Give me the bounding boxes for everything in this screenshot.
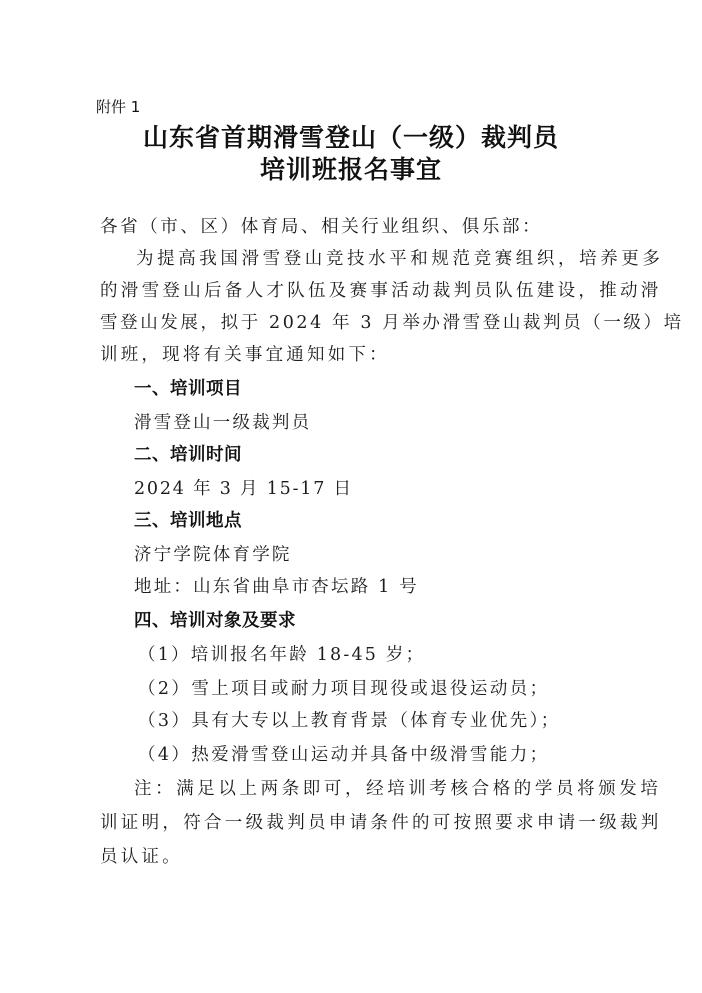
section-heading-1: 一、培训项目 [134,375,242,400]
intro-line-4: 训班，现将有关事宜通知如下： [100,341,390,366]
requirement-3: （3）具有大专以上教育背景（体育专业优先）； [138,707,561,732]
note-line-2: 训证明，符合一级裁判员申请条件的可按照要求申请一级裁判 [100,809,662,834]
document-title-line-1: 山东省首期滑雪登山（一级）裁判员 [0,118,702,154]
section-1-content-1: 滑雪登山一级裁判员 [134,409,311,434]
intro-line-1: 为提高我国滑雪登山竞技水平和规范竞赛组织，培养更多 [136,245,664,270]
intro-line-2: 的滑雪登山后备人才队伍及赛事活动裁判员队伍建设，推动滑 [100,277,662,302]
section-2-content-1: 2024 年 3 月 15-17 日 [134,475,353,500]
section-heading-4: 四、培训对象及要求 [134,607,296,632]
section-3-content-1: 济宁学院体育学院 [134,541,292,566]
requirement-2: （2）雪上项目或耐力项目现役或退役运动员； [138,675,550,700]
document-title-line-2: 培训班报名事宜 [0,150,702,186]
attachment-label: 附件 1 [96,96,140,117]
section-heading-3: 三、培训地点 [134,507,242,532]
section-heading-2: 二、培训时间 [134,441,242,466]
note-line-3: 员认证。 [100,843,183,868]
intro-line-3: 雪登山发展，拟于 2024 年 3 月举办滑雪登山裁判员（一级）培 [100,309,684,334]
salutation: 各省（市、区）体育局、相关行业组织、俱乐部： [100,213,542,238]
note-line-1: 注：满足以上两条即可，经培训考核合格的学员将颁发培 [134,775,662,800]
requirement-1: （1）培训报名年龄 18-45 岁； [138,641,425,666]
section-3-content-2: 地址：山东省曲阜市杏坛路 1 号 [134,573,419,598]
requirement-4: （4）热爱滑雪登山运动并具备中级滑雪能力； [138,741,550,766]
document-page: 附件 1 山东省首期滑雪登山（一级）裁判员 培训班报名事宜 各省（市、区）体育局… [0,0,702,993]
